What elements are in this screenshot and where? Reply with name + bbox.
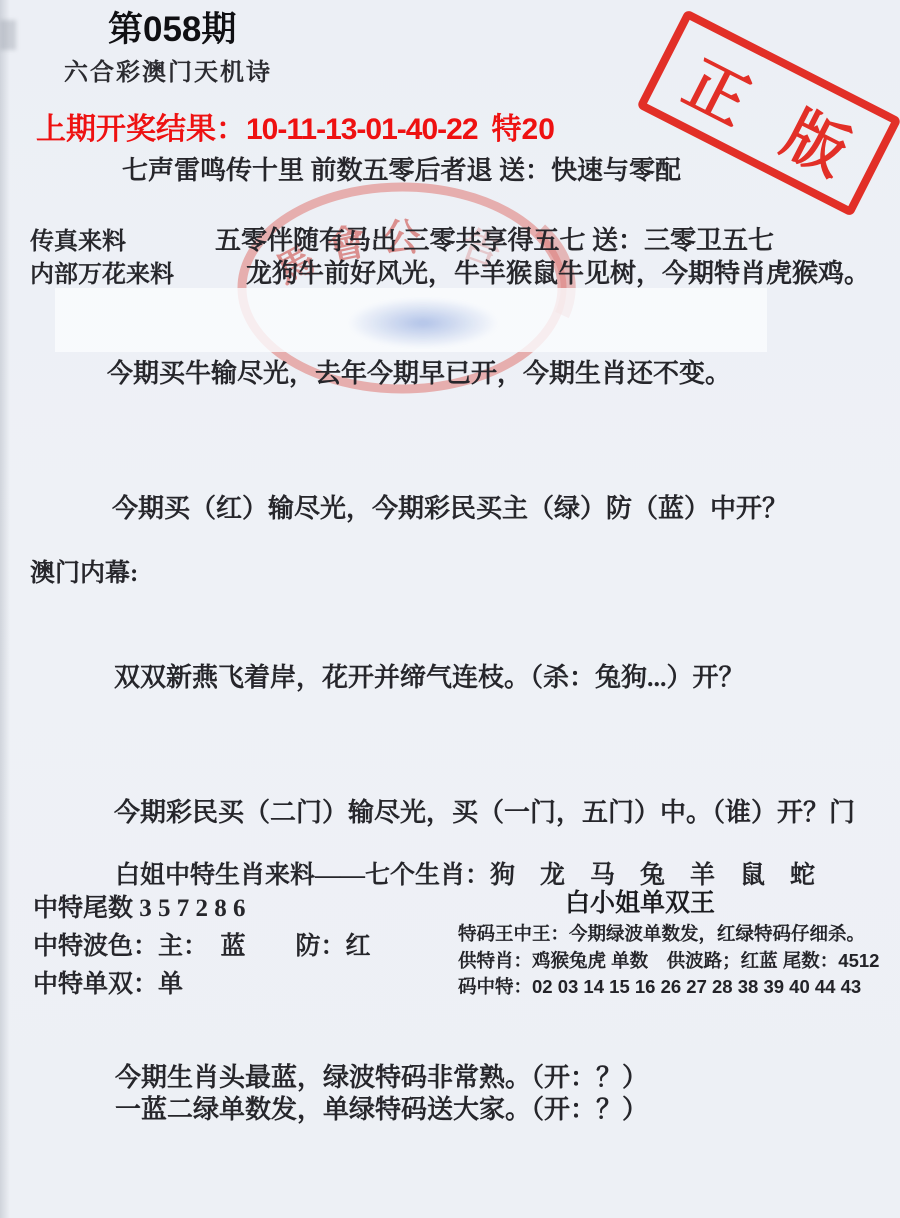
heaven-secret-poem-line: 七声雷鸣传十里 前数五零后者退 送：快速与零配 [122,156,681,186]
fax-material-poem: 五零伴随有马出 三零共享得五七 送：三零卫五七 [215,226,774,256]
last-draw-special-number: 特20 [492,113,555,146]
offered-zodiac-line: 供特肖：鸡猴兔虎 单数 供波路；红蓝 尾数：4512 [458,950,879,971]
scan-corner-mark [0,20,16,50]
lottery-tip-sheet-page: 馬會公 告 正 版 第058期 六合彩澳门天机诗 上期开奖结果：10-11-13… [0,0,900,1218]
color-hint-line: 今期买（红）输尽光，今期彩民买主（绿）防（蓝）中开？ [112,494,788,524]
fax-material-label: 传真来料 [30,229,126,257]
swallow-poem-line: 双双新燕飞着岸，花开并缔气连枝。（杀：兔狗...）开？ [114,663,745,693]
footer-hint-line-2: 一蓝二绿单数发，单绿特码送大家。（开：？） [115,1095,648,1125]
miss-bai-panel-title: 白小姐单双王 [440,889,840,918]
scan-edge-shade [0,0,10,1218]
last-draw-result-numbers: 10-11-13-01-40-22 [246,113,478,146]
macau-insider-label: 澳门内幕: [30,560,138,589]
footer-hint-line-1: 今期生肖头最蓝，绿波特码非常熟。（开：？） [115,1063,648,1093]
internal-material-label: 内部万花来料 [30,262,174,290]
king-of-kings-line: 特码王中王：今期绿波单数发，红绿特码仔细杀。 [458,923,865,944]
zodiac-tip-line: 白姐中特生肖来料——七个生肖：狗 龙 马 兔 羊 鼠 蛇 [115,862,815,891]
special-odd-even: 中特单双：单 [33,971,183,1000]
last-draw-result-label: 上期开奖结果： [36,113,246,146]
special-tail-numbers: 中特尾数 3 5 7 2 8 6 [33,895,246,924]
scan-blue-smudge [348,298,498,348]
sheet-subtitle: 六合彩澳门天机诗 [64,60,272,88]
ox-hint-line: 今期买牛输尽光，去年今期早已开，今期生肖还不变。 [107,359,731,389]
internal-material-poem: 龙狗牛前好风光，牛羊猴鼠牛见树，今期特肖虎猴鸡。 [246,259,870,289]
special-wave-colors: 中特波色：主： 蓝 防：红 [33,933,371,962]
door-hint-line: 今期彩民买（二门）输尽光，买（一门，五门）中。（谁）开？门 [114,798,855,828]
special-code-numbers-line: 码中特：02 03 14 15 16 26 27 28 38 39 40 44 … [458,976,861,997]
last-draw-result: 上期开奖结果：10-11-13-01-40-22特20 [36,113,555,148]
issue-number-title: 第058期 [108,10,236,50]
